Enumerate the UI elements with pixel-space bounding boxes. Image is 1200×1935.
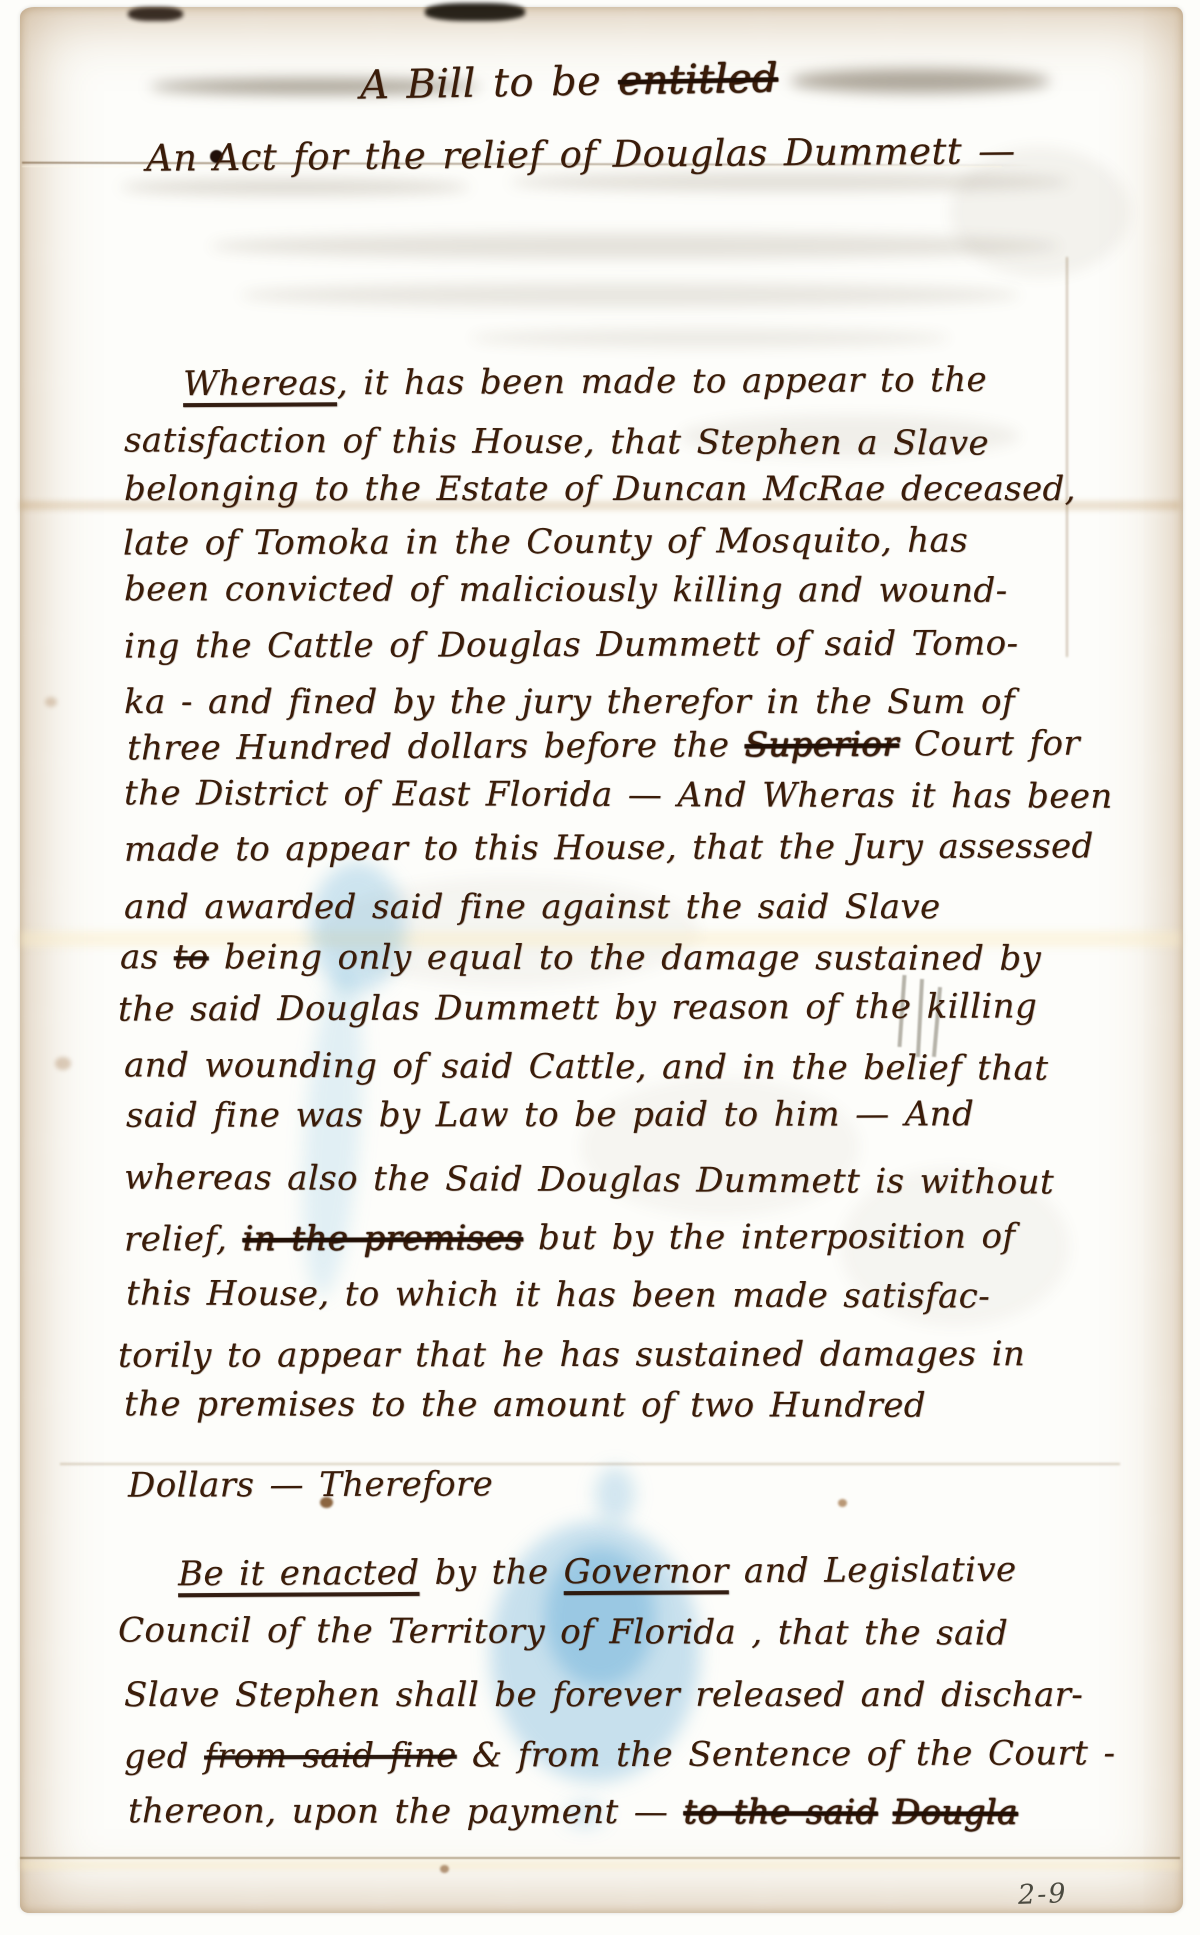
manuscript-text-segment: , it has been made to appear to the [337, 360, 987, 403]
manuscript-text-segment: Council of the Territory of Florida , th… [118, 1610, 1008, 1653]
manuscript-line: the District of East Florida — And Whera… [124, 773, 1113, 816]
page-number-annotation: 2-9 [1017, 1878, 1068, 1911]
manuscript-line: said fine was by Law to be paid to him —… [126, 1094, 974, 1135]
manuscript-line: as to being only equal to the damage sus… [120, 937, 1041, 979]
document-page: A Bill to be entitledAn Act for the reli… [20, 7, 1183, 1913]
manuscript-line: ged from said fine & from the Sentence o… [124, 1733, 1115, 1776]
manuscript-text-segment: the said Douglas Dummett by reason of th… [118, 986, 1037, 1029]
manuscript-text-segment: Be it enacted [178, 1553, 420, 1594]
manuscript-text-segment: whereas also the Said Douglas Dummett is… [124, 1158, 1054, 1203]
manuscript-text-segment: Dollars — Therefore [128, 1464, 493, 1505]
manuscript-text-segment: to [174, 937, 209, 977]
manuscript-text-segment: made to appear to this House, that the J… [124, 826, 1094, 869]
manuscript-line: belonging to the Estate of Duncan McRae … [124, 469, 1076, 509]
manuscript-text-segment: in the premises [242, 1218, 522, 1259]
manuscript-text-segment: Dougla [893, 1793, 1018, 1833]
manuscript-line: whereas also the Said Douglas Dummett is… [124, 1158, 1054, 1203]
manuscript-line: Whereas, it has been made to appear to t… [183, 360, 987, 404]
manuscript-text-segment: Superior [744, 724, 898, 765]
manuscript-text-segment: Governor [564, 1551, 729, 1592]
manuscript-text-segment: torily to appear that he has sustained d… [118, 1334, 1025, 1376]
manuscript-line: ka - and fined by the jury therefor in t… [124, 682, 1015, 722]
manuscript-line: and awarded said fine against the said S… [124, 887, 941, 927]
manuscript-line: Dollars — Therefore [128, 1464, 493, 1505]
manuscript-line: the premises to the amount of two Hundre… [124, 1384, 926, 1425]
manuscript-text-segment [878, 1793, 893, 1833]
manuscript-text-segment: entitled [618, 55, 778, 104]
manuscript-text-segment: the District of East Florida — And Whera… [124, 773, 1113, 816]
manuscript-text-segment: said fine was by Law to be paid to him —… [126, 1094, 974, 1135]
manuscript-text-segment: this House, to which it has been made sa… [126, 1273, 990, 1316]
manuscript-text-segment: and awarded said fine against the said S… [124, 887, 941, 927]
document-title: A Bill to be entitled [360, 55, 779, 108]
manuscript-line: satisfaction of this House, that Stephen… [124, 420, 989, 463]
manuscript-line: ing the Cattle of Douglas Dummett of sai… [124, 623, 1018, 666]
manuscript-text-segment: and Legislative [729, 1550, 1017, 1592]
handwritten-text-layer: A Bill to be entitledAn Act for the reli… [20, 7, 1183, 1913]
manuscript-text-segment: to the said [683, 1792, 877, 1832]
manuscript-line: Be it enacted by the Governor and Legisl… [178, 1550, 1017, 1594]
manuscript-line: torily to appear that he has sustained d… [118, 1334, 1025, 1376]
manuscript-text-segment: belonging to the Estate of Duncan McRae … [124, 469, 1076, 509]
manuscript-line: Council of the Territory of Florida , th… [118, 1610, 1008, 1653]
manuscript-text-segment: ged [124, 1736, 204, 1776]
manuscript-line: three Hundred dollars before the Superio… [127, 724, 1080, 769]
manuscript-line: late of Tomoka in the County of Mosquito… [123, 521, 968, 564]
manuscript-text-segment: & from the Sentence of the Court - [457, 1733, 1116, 1775]
manuscript-text-segment: the premises to the amount of two Hundre… [124, 1384, 926, 1425]
manuscript-text-segment: late of Tomoka in the County of Mosquito… [123, 521, 968, 564]
manuscript-text-segment: A Bill to be [360, 58, 619, 108]
manuscript-text-segment: being only equal to the damage sustained… [209, 937, 1042, 978]
manuscript-text-segment: Slave Stephen shall be forever released … [124, 1675, 1083, 1715]
manuscript-text-segment: Court for [899, 724, 1080, 765]
manuscript-text-segment: thereon, upon the payment — [128, 1791, 683, 1832]
manuscript-text-segment: from said fine [204, 1736, 457, 1777]
manuscript-line: this House, to which it has been made sa… [126, 1273, 990, 1316]
manuscript-line: thereon, upon the payment — to the said … [128, 1791, 1018, 1833]
manuscript-text-segment: satisfaction of this House, that Stephen… [124, 420, 989, 463]
manuscript-text-segment: An Act for the relief of Douglas Dummett… [146, 129, 1016, 180]
scan-background: A Bill to be entitledAn Act for the reli… [0, 0, 1200, 1935]
manuscript-text-segment: as [120, 937, 174, 977]
manuscript-text-segment: been convicted of maliciously killing an… [124, 569, 1008, 611]
document-subtitle: An Act for the relief of Douglas Dummett… [146, 129, 1016, 180]
manuscript-text-segment: ing the Cattle of Douglas Dummett of sai… [124, 623, 1018, 666]
manuscript-text-segment: but by the interposition of [523, 1216, 1016, 1258]
manuscript-line: been convicted of maliciously killing an… [124, 569, 1008, 611]
manuscript-line: relief, in the premises but by the inter… [124, 1216, 1015, 1259]
manuscript-line: made to appear to this House, that the J… [124, 826, 1094, 869]
manuscript-line: and wounding of said Cattle, and in the … [124, 1045, 1048, 1088]
manuscript-text-segment: relief, [124, 1219, 243, 1259]
manuscript-text-segment: Whereas [183, 363, 337, 404]
manuscript-line: Slave Stephen shall be forever released … [124, 1675, 1083, 1715]
manuscript-text-segment: three Hundred dollars before the [127, 725, 745, 768]
manuscript-text-segment: ka - and fined by the jury therefor in t… [124, 682, 1015, 722]
manuscript-text-segment: and wounding of said Cattle, and in the … [124, 1045, 1048, 1088]
manuscript-text-segment: by the [419, 1552, 563, 1593]
manuscript-line: the said Douglas Dummett by reason of th… [118, 986, 1037, 1029]
